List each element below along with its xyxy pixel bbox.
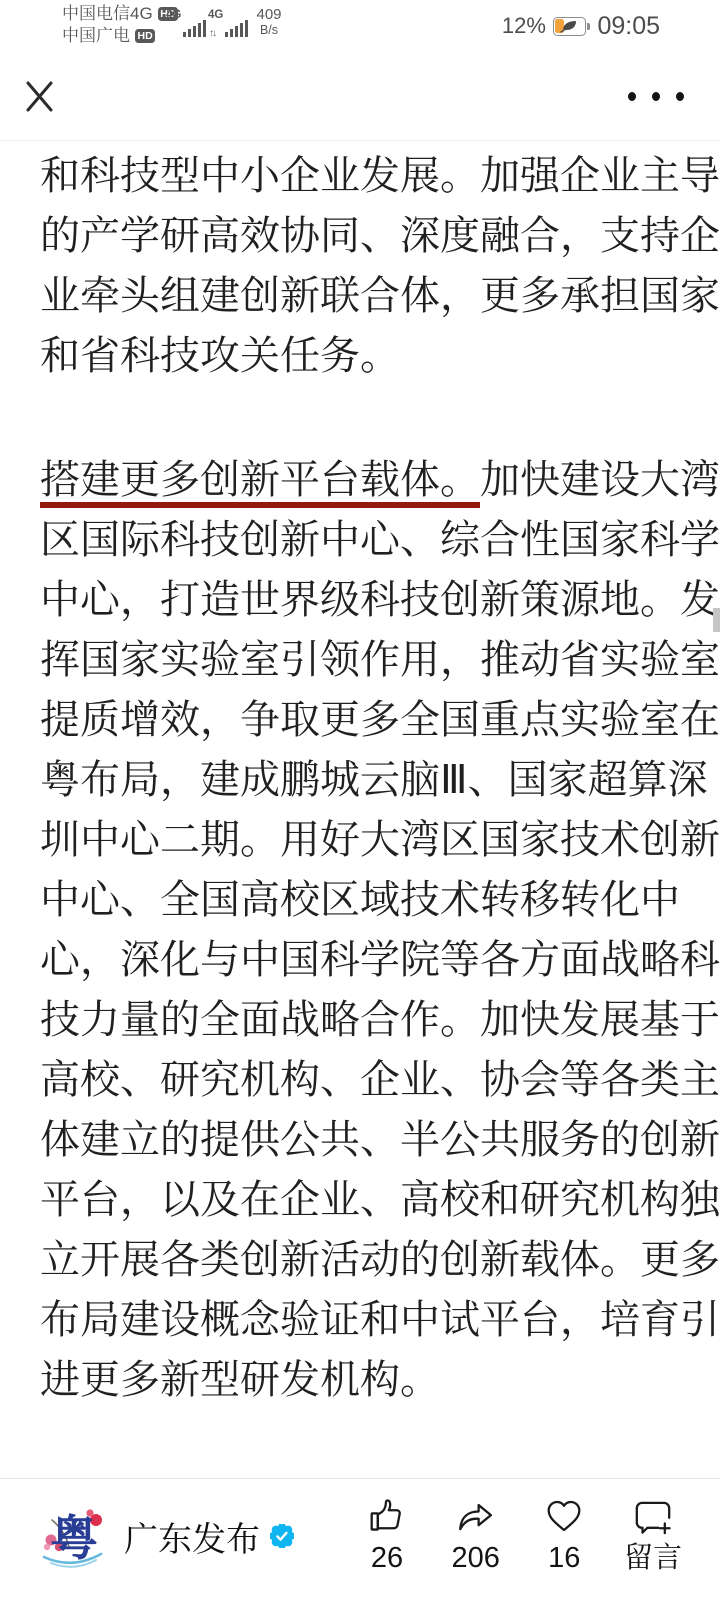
article-text-line: 和省科技攻关任务。 [40, 326, 680, 386]
article-text-segment: 加快建设大湾 [480, 458, 720, 502]
article-text-line: 圳中心二期。用好大湾区国家技术创新 [40, 810, 680, 870]
avatar: 粤 [36, 1500, 108, 1572]
article-paragraph: 搭建更多创新平台载体。加快建设大湾 区国际科技创新中心、综合性国家科学 中心，打… [40, 450, 680, 1410]
share-button[interactable]: 206 [437, 1495, 515, 1574]
status-bar: 中国电信4G HD 中国广电 HD 4G 4G ↑↓ [0, 0, 720, 52]
article-text-line: 中心，打造世界级科技创新策源地。发 [40, 570, 680, 630]
signal-bars-icon [183, 19, 206, 37]
comment-button[interactable]: 留言 [614, 1495, 692, 1574]
signal-strength-icon: 4G ↑↓ [208, 11, 250, 38]
battery-cap [587, 23, 590, 30]
thumbs-up-icon [366, 1495, 408, 1537]
data-activity-arrows-icon: ↑↓ [209, 28, 215, 39]
share-arrow-icon [455, 1495, 497, 1537]
article-toolbar [0, 52, 720, 141]
footer-bar: 粤 广东发布 26 [0, 1479, 720, 1600]
verified-badge-icon [270, 1524, 294, 1548]
comment-label: 留言 [624, 1542, 682, 1574]
article-text-line: 区国际科技创新中心、综合性国家科学 [40, 510, 680, 570]
clock: 09:05 [597, 12, 660, 41]
favorite-count: 16 [548, 1542, 580, 1574]
article-text-line: 业牵头组建创新联合体，更多承担国家 [40, 266, 680, 326]
battery-body [553, 17, 586, 36]
carrier-info: 中国电信4G HD 中国广电 HD [62, 3, 178, 47]
red-underlined-text: 搭建更多创新平台载体。 [40, 458, 480, 508]
status-bar-right: 12% 09:05 [502, 0, 660, 52]
footer-actions: 26 206 16 留言 [348, 1495, 692, 1574]
article-text-line: 粤布局，建成鹏城云脑Ⅲ、国家超算深 [40, 750, 680, 810]
article-text-line: 体建立的提供公共、半公共服务的创新 [40, 1110, 680, 1170]
article-text-line: 平台，以及在企业、高校和研究机构独 [40, 1170, 680, 1230]
article-text-line: 技力量的全面战略合作。加快发展基于 [40, 990, 680, 1050]
more-dots-icon [676, 92, 684, 101]
article-text-line: 提质增效，争取更多全国重点实验室在 [40, 690, 680, 750]
avatar-character: 粤 [50, 1513, 98, 1566]
scrollbar-thumb[interactable] [713, 608, 720, 632]
article-text-line: 的产学研高效协同、深度融合，支持企 [40, 206, 680, 266]
like-count: 26 [371, 1542, 403, 1574]
article-text-line: 进更多新型研发机构。 [40, 1350, 680, 1410]
account-name: 广东发布 [124, 1512, 260, 1561]
signal-bars-icon [225, 19, 248, 37]
signal-strength-icon: 4G [166, 11, 208, 38]
article-paragraph: 和科技型中小企业发展。加强企业主导 的产学研高效协同、深度融合，支持企 业牵头组… [40, 146, 680, 386]
favorite-button[interactable]: 16 [525, 1495, 603, 1574]
network-type-label: 4G [166, 9, 181, 21]
article-text-line: 搭建更多创新平台载体。加快建设大湾 [40, 450, 680, 510]
carrier-row-2: 中国广电 HD [62, 25, 178, 47]
article-text-line: 立开展各类创新活动的创新载体。更多 [40, 1230, 680, 1290]
article-text-line: 挥国家实验室引领作用，推动省实验室 [40, 630, 680, 690]
network-speed: 409 B/s [250, 6, 288, 37]
article-text-line: 心，深化与中国科学院等各方面战略科 [40, 930, 680, 990]
like-button[interactable]: 26 [348, 1495, 426, 1574]
close-button[interactable] [22, 78, 58, 114]
more-menu-button[interactable] [628, 82, 684, 110]
article-body: 和科技型中小企业发展。加强企业主导 的产学研高效协同、深度融合，支持企 业牵头组… [40, 146, 680, 1410]
article-text-line: 布局建设概念验证和中试平台，培育引 [40, 1290, 680, 1350]
article-text-line: 高校、研究机构、企业、协会等各类主 [40, 1050, 680, 1110]
network-type-label: 4G [208, 9, 223, 21]
comment-plus-icon [632, 1495, 674, 1537]
power-saver-leaf-icon [560, 19, 578, 33]
account-profile[interactable]: 粤 广东发布 [36, 1500, 294, 1572]
network-speed-unit: B/s [250, 23, 288, 37]
carrier-1-label: 中国电信4G [62, 3, 153, 25]
heart-icon [543, 1495, 585, 1537]
share-count: 206 [451, 1542, 499, 1574]
carrier-row-1: 中国电信4G HD [62, 3, 178, 25]
more-dots-icon [652, 92, 660, 101]
article-text-line: 中心、全国高校区域技术转移转化中 [40, 870, 680, 930]
article-text-line: 和科技型中小企业发展。加强企业主导 [40, 146, 680, 206]
battery-icon [553, 17, 591, 36]
phone-screen: 中国电信4G HD 中国广电 HD 4G 4G ↑↓ [0, 0, 720, 1600]
close-icon [22, 78, 58, 114]
hd-badge-icon: HD [135, 29, 155, 43]
carrier-2-label: 中国广电 [62, 25, 130, 47]
network-speed-value: 409 [250, 6, 288, 23]
battery-percent: 12% [502, 13, 546, 39]
more-dots-icon [628, 92, 636, 101]
